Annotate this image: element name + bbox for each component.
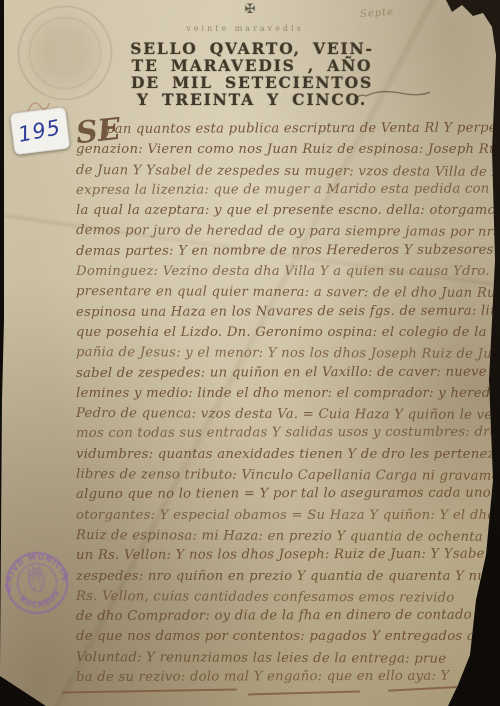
faint-print-line: veinte maravedis xyxy=(0,24,490,33)
document-sheet: ✠ veinte maravedis SELLO QVARTO, VEIN- T… xyxy=(0,0,500,706)
manuscript-line: zespedes: nro quiñon en prezio Y quantia… xyxy=(76,567,488,587)
ink-rule-line xyxy=(248,691,360,696)
ink-speck xyxy=(438,332,440,334)
folio-number: 195 xyxy=(17,115,64,147)
manuscript-line: genazion: Vieren como nos Juan Ruiz de e… xyxy=(76,140,488,160)
manuscript-line: alguno que no lo tienen = Y por tal lo a… xyxy=(76,484,488,506)
manuscript-line: que posehia el Lizdo. Dn. Geronimo ospin… xyxy=(76,323,488,343)
manuscript-line: vidumbres: quantas anexidades tienen Y d… xyxy=(76,445,488,465)
manuscript-line: espinosa una Haza en los Navares de seis… xyxy=(76,301,488,323)
manuscript-line: de que nos damos por contentos: pagados … xyxy=(76,627,488,647)
corner-annotation: Septe xyxy=(360,7,395,20)
heading-line: SELLO QVARTO, VEIN- xyxy=(92,40,412,57)
margin-ink-mark xyxy=(26,96,52,116)
manuscript-line: ba de su rezivo: dolo mal Y engaño: que … xyxy=(76,667,488,689)
ink-speck xyxy=(246,8,249,11)
manuscript-line: de dho Comprador: oy dia de la fha en di… xyxy=(76,606,488,628)
manuscript-text: pan quantos esta publica escriptura de V… xyxy=(76,120,488,688)
heading-flourish xyxy=(352,90,432,106)
manuscript-line: Dominguez: Vezino desta dha Villa Y a qu… xyxy=(76,262,488,282)
archive-stamp-crest-icon xyxy=(27,565,46,593)
manuscript-line: lemines y medio: linde el dho menor: el … xyxy=(76,384,488,404)
manuscript-line: expresa la lizenzia: que de muger a Mari… xyxy=(76,179,488,201)
ink-rule-line xyxy=(62,688,237,693)
manuscript-line: un Rs. Vellon: Y nos los dhos Joseph: Ru… xyxy=(76,545,488,567)
manuscript-line: otorgantes: Y especial obamos = Su Haza … xyxy=(76,506,488,526)
page-background: ✠ veinte maravedis SELLO QVARTO, VEIN- T… xyxy=(0,0,500,706)
manuscript-line: la qual la azeptara: y que el presente e… xyxy=(76,201,488,221)
heading-line: TE MARAVEDIS , AÑO xyxy=(92,57,412,74)
ornament-cross-icon: ✠ xyxy=(0,2,500,17)
manuscript-line: sabel de zespedes: un quiñon en el Vaxil… xyxy=(76,362,488,384)
manuscript-line: pan quantos esta publica escriptura de V… xyxy=(76,119,488,141)
heading-line: DE MIL SETECIENTOS xyxy=(92,74,412,91)
manuscript-line: demas partes: Y en nombre de nros Herede… xyxy=(76,240,488,262)
manuscript-line: mos con todas sus entradas Y salidas uso… xyxy=(76,423,488,445)
archive-stamp: ARCHIVO MUNICIPAL BOLAÑOS ◆ ◆ xyxy=(0,546,74,620)
